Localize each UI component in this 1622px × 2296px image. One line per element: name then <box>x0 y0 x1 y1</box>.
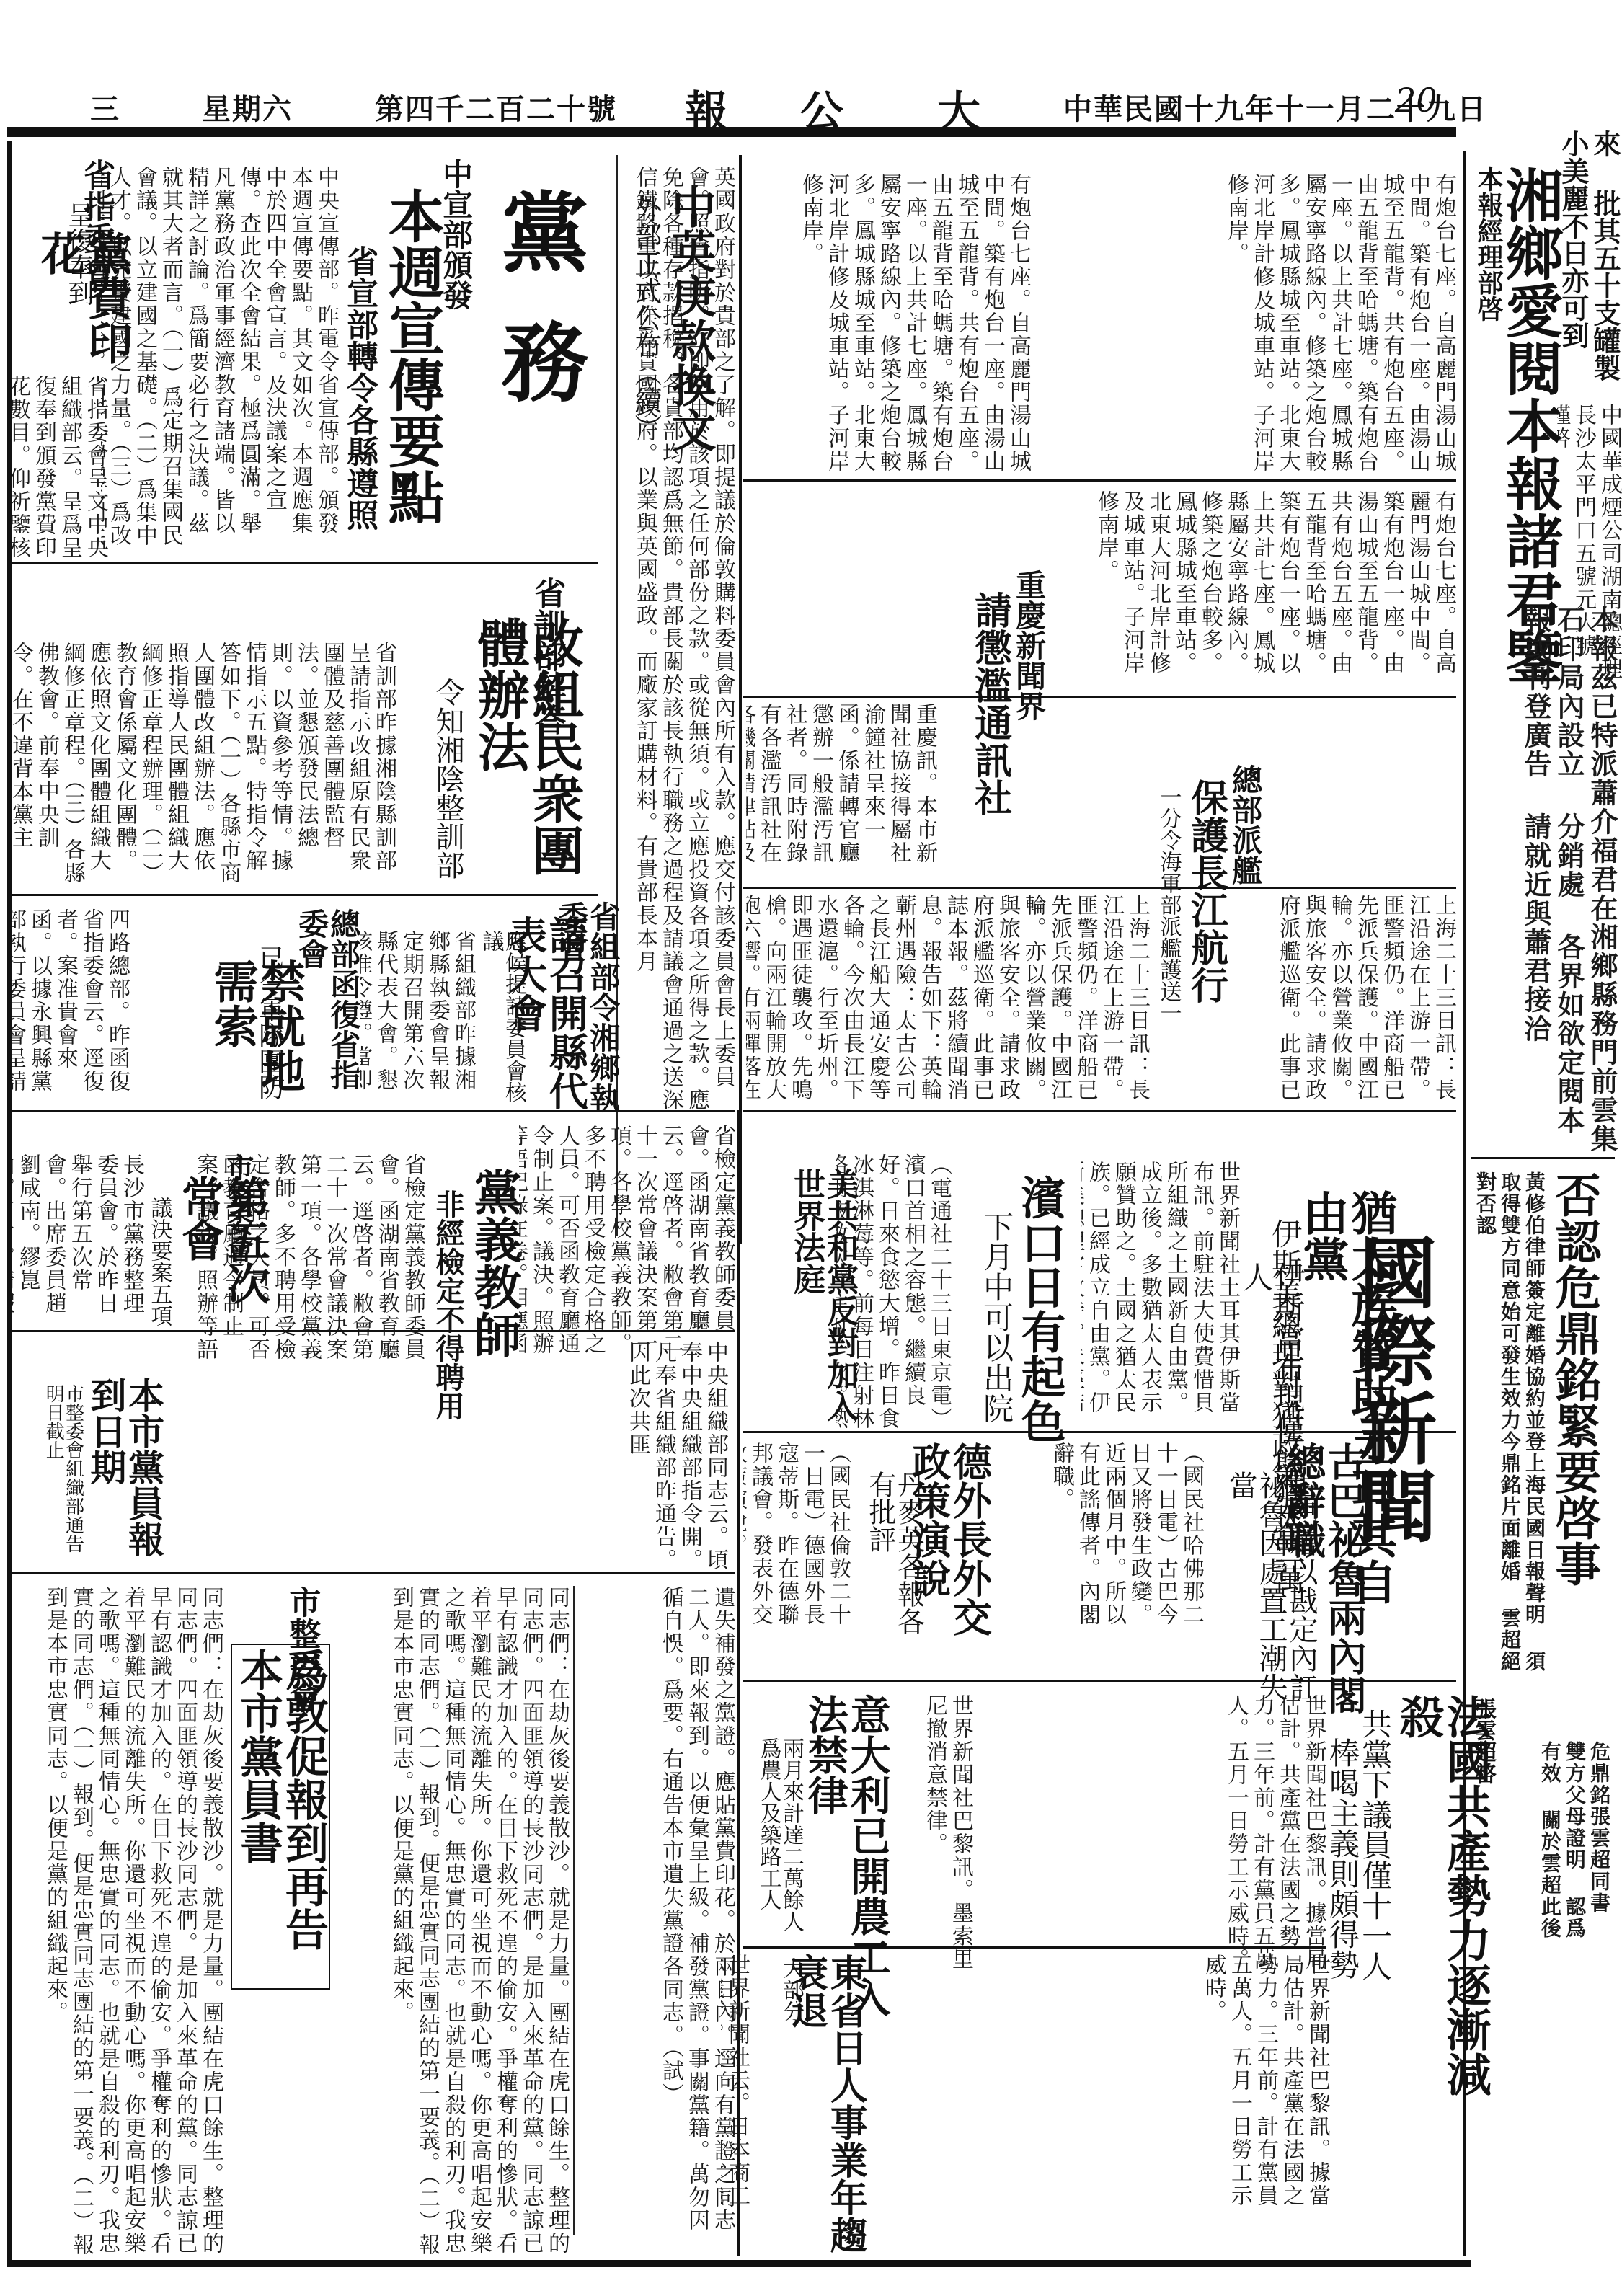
stamp-body: 省指委會呈文中央組織部云。呈爲呈復奉到頒發黨費印花數目。仰祈鑒核備案事。案奉鈞部… <box>7 375 108 562</box>
section-title-char-2: 務 <box>487 317 589 404</box>
japan-body-cont: 世界新聞社巴黎訊。據當局估計。共產黨在法國之勢力。三年前。計有黨員五萬人。五月一… <box>854 1954 1330 2213</box>
no-requisition-article: 總部函復省指委會 已令軍隊團防 禁就地需索 <box>130 901 360 1117</box>
rule <box>7 1330 735 1332</box>
propaganda-subhead: 省宣部轉令各縣遵照 <box>342 245 376 531</box>
rule <box>7 894 598 896</box>
party-fee-stamp-article: 省指委會 呈復奉到 黨費印花 <box>7 159 108 375</box>
yangtze-body: 上海二十三日訊：長江沿途在上游一帶。匪警頻仍。洋商船已先派兵保護。中國江輪。亦以… <box>746 894 1150 1103</box>
rule <box>743 479 1456 482</box>
japanese-enterprise-article: 東省日人事業年趨衰退 <box>743 1954 851 2256</box>
italy-body: 世界新聞社巴黎訊。墨索里尼撤消意禁律。 <box>858 1694 973 1982</box>
rule <box>743 887 1456 889</box>
letter-body: 同志們：在劫灰後要義散沙。就是力量。團結在虎口餘生。整理的同志們。四面匪領導的長… <box>7 1586 223 2256</box>
requisition-body: 四路總部。昨函復省指委會云。逕復者。案准貴會來函。以據永興縣黨部執行委員會呈請轉… <box>7 908 130 1110</box>
reorganize-subhead: 令知湘陰整訓部 <box>433 678 463 879</box>
meeting-body: 長沙市黨務整理委員會。於昨日舉行第五次常會。出席委員趙劉咸南。繆崑山。周方。請假… <box>7 1153 144 1326</box>
french-headline: 法國共產勢力逐漸減殺 <box>1395 1694 1489 2127</box>
hamaguchi-article: 濱口日有起色 下月中可以出院 <box>952 1161 1081 1449</box>
chongqing-body: 重慶訊。本市新聞社協接得屬社渝鐘社呈來一函。係請轉官廳懲辦一般濫汚訊社者。同時附… <box>746 703 937 876</box>
ad-divider <box>1471 1157 1615 1159</box>
cuba-subhead: 古巴藉以戡定內訌 祕魯因處置工潮失當 <box>1226 1471 1316 1716</box>
yangtze-subhead: 一分令海軍部派艦護送一 <box>1157 786 1180 1024</box>
registration-headline: 本市黨員報到日期 <box>87 1377 162 1572</box>
jewish-body: 世界新聞社土耳其伊斯當布訊。前駐法大使費惜貝所組織之土國新自由黨。成立後。多數猶… <box>1081 1161 1240 1427</box>
tobacco-notice-top: 經售愛國士女盍興乎來 批其五十支罐製小美麗不日亦可到 <box>1557 130 1622 389</box>
section-title-char-1: 黨 <box>487 187 589 274</box>
propaganda-headline: 本週宣傳要點 <box>382 187 441 525</box>
us-republicans-article: 美共和黨反對加入世界法庭 <box>750 1153 836 1442</box>
chongqing-headline: 請懲濫通訊社 <box>970 591 1009 816</box>
page-marker: 20 <box>1395 81 1437 120</box>
page-number: 三 <box>90 87 120 128</box>
fort-article-body: 有炮台七座。自高麗門湯山城中間。築有炮台一座。由湯山城至五龍背。共有炮台五座。由… <box>1038 173 1456 476</box>
meeting-headline: 第五次常會 <box>177 1175 267 1334</box>
yangtze-kicker: 總部派艦 <box>1229 764 1261 885</box>
registration-subhead: 市整委會組織部通告 明日截止 <box>43 1384 83 1572</box>
fort-article-body-cont: 有炮台七座。自高麗門湯山城中間。築有炮台一座。由湯山城至五龍背。共有炮台五座。由… <box>743 173 1031 476</box>
page-bottom-rule <box>7 2260 1471 2267</box>
weekday: 星期六 <box>202 87 293 128</box>
column-divider <box>739 155 742 1244</box>
reorganize-headline: 改組民衆團體辦法 <box>472 616 581 908</box>
us-headline-line1: 美共和黨反對加入世界法庭 <box>789 1168 856 1442</box>
propaganda-body: 中央宣傳部。昨電令省宣傳部。頒發本週宣傳要點。其文如次。本週應集中於四中全會宣言… <box>101 166 339 555</box>
rule <box>743 1431 1456 1433</box>
masthead: 中華民國十九年十一月二十九日 20 大 公 報 第四千二百二十號 星期六 三 <box>0 0 1622 144</box>
cuba-body: （國民社哈佛那二十一日電）古巴今日又將發生政變。近兩個月中。所以有此謠傳者。內閣… <box>1016 1442 1204 1636</box>
reorganize-groups-article: 省訓部解答 改組民衆團體辦法 令知湘陰整訓部 <box>404 577 591 908</box>
rule <box>743 1680 1456 1682</box>
section-title-party: 黨務 <box>490 187 585 404</box>
requisition-headline: 禁就地需索 <box>209 959 303 1117</box>
french-subhead-2: 棒喝主義則頗得勢 <box>1326 1737 1358 1980</box>
japan-headline: 東省日人事業年趨衰退 <box>786 1954 864 2256</box>
japan-body: 世界新聞社云。日本商工會議所。於十二日開常識員會。討論對滿蒙開發事業。 <box>721 1954 750 2213</box>
congress-body: 省組織部昨據湘鄉縣執委會呈報定期召開第六次縣代表大會。懇核准令遵。當即指令云。呈… <box>360 930 476 1103</box>
cuba-peru-article: 古巴祕魯兩內閣總辭職 古巴藉以戡定內訌 祕魯因處置工潮失當 <box>1211 1442 1355 1716</box>
stamp-headline: 黨費印花 <box>36 231 130 375</box>
french-subhead-1: 共黨下議員僅十一人 <box>1359 1708 1391 1981</box>
german-fm-article: 德外長外交政策演說 丹麥英各報各有批評 <box>851 1442 966 1658</box>
hamaguchi-headline: 濱口日有起色 <box>1016 1175 1063 1443</box>
tobacco-ad-body: 中國華成煙公司湖南總經理 長沙太平門口五號元大號 謹啓 <box>1557 404 1622 706</box>
rule <box>7 562 598 564</box>
french-communism-article: 法國共產勢力逐漸減殺 共黨下議員僅十一人 棒喝主義則頗得勢 <box>1326 1694 1456 2127</box>
rule <box>7 1110 735 1112</box>
letter-headline: 爲敦促報到再告本市黨員書 <box>231 1644 330 1990</box>
fort-list-body: 有炮台七座。自高麗門湯山城中間。築有炮台一座。由湯山城至五龍背。共有炮台五座。由… <box>746 490 1456 692</box>
fifth-meeting-header: 市整委會 第五次常會 議決要案五項 <box>144 1153 260 1334</box>
page-left-border <box>7 141 12 2267</box>
letter-body-right: 同志們：在劫灰後要義散沙。就是力量。團結在虎口餘生。整理的同志們。四面匪領導的長… <box>332 1586 570 2256</box>
rule <box>743 696 1456 698</box>
yangtze-headline: 保護長江航行 <box>1186 779 1226 1003</box>
column-divider <box>573 1586 575 2235</box>
subscriber-signature: 本報經理部啓 <box>1471 166 1507 322</box>
reorganize-body: 省訓部昨據湘陰縣訓部呈請指示改組原有民衆團體及慈善團體監督法。並懇頒發民法總則。… <box>7 642 396 887</box>
german-body: （國民社倫敦二十一日電）德國外長寇蒂斯。昨在德聯邦議會。發表外交政策演說。 <box>743 1442 851 1636</box>
rule <box>7 1572 735 1574</box>
congress-subhead: 應候提請委員會核議 <box>479 930 525 1117</box>
yangtze-notes: 上海二十三日訊：長江沿途在上游一帶。匪警頻仍。洋商船已先派兵保護。中國江輪。亦以… <box>1276 894 1456 1103</box>
hamaguchi-subhead: 下月中可以出院 <box>980 1211 1012 1423</box>
rule <box>743 1946 1326 1949</box>
chongqing-article: 重慶新聞界 請懲濫通訊社 <box>937 562 1060 836</box>
yangtze-article: 總部派艦 保護長江航行 一分令海軍部派艦護送一 <box>1153 764 1269 1067</box>
denial-body: 黃修伯律師簽定離婚協約並登上海民國日報聲明 須取得雙方同意始可發生效力今鼎銘片面… <box>1467 1171 1546 1690</box>
urge-registration-letter: 市整委會 爲敦促報到再告本市黨員書 <box>223 1586 332 1990</box>
german-subhead: 丹麥英各報各有批評 <box>865 1471 923 1658</box>
teachers-body-right: 省檢定黨義教師委員會。函湖南省教育廳云。逕啓者。敝會第二十一次常會議決案第一項。… <box>519 1125 735 1370</box>
issue-number: 第四千二百二十號 <box>375 87 617 128</box>
registration-notice: 本市黨員報到日期 市整委會組織部通告 明日截止 <box>43 1341 151 1572</box>
masthead-rule <box>7 127 1456 137</box>
rule <box>743 1110 1456 1112</box>
boxer-body: 英國政府對於貴部之了解。即提議於倫敦購料委員會內所有入款。應交付該委員會長上委員… <box>620 166 735 1132</box>
chongqing-subhead: 重慶新聞界 <box>1013 569 1045 721</box>
french-body: 世界新聞社巴黎訊。據當局估計。共產黨在法國之勢力。三年前。計有黨員五萬人。五月一… <box>973 1694 1326 1982</box>
meeting-subhead: 議決要案五項 <box>148 1197 171 1326</box>
lost-card-body: 遺失補發之黨證。應貼黨費印花。於兩日內。逕向有黨證之同志二人。即來報到。以便彙呈… <box>577 1586 735 2235</box>
denial-headline: 否認危鼎銘緊要啓事 <box>1550 1171 1598 1587</box>
